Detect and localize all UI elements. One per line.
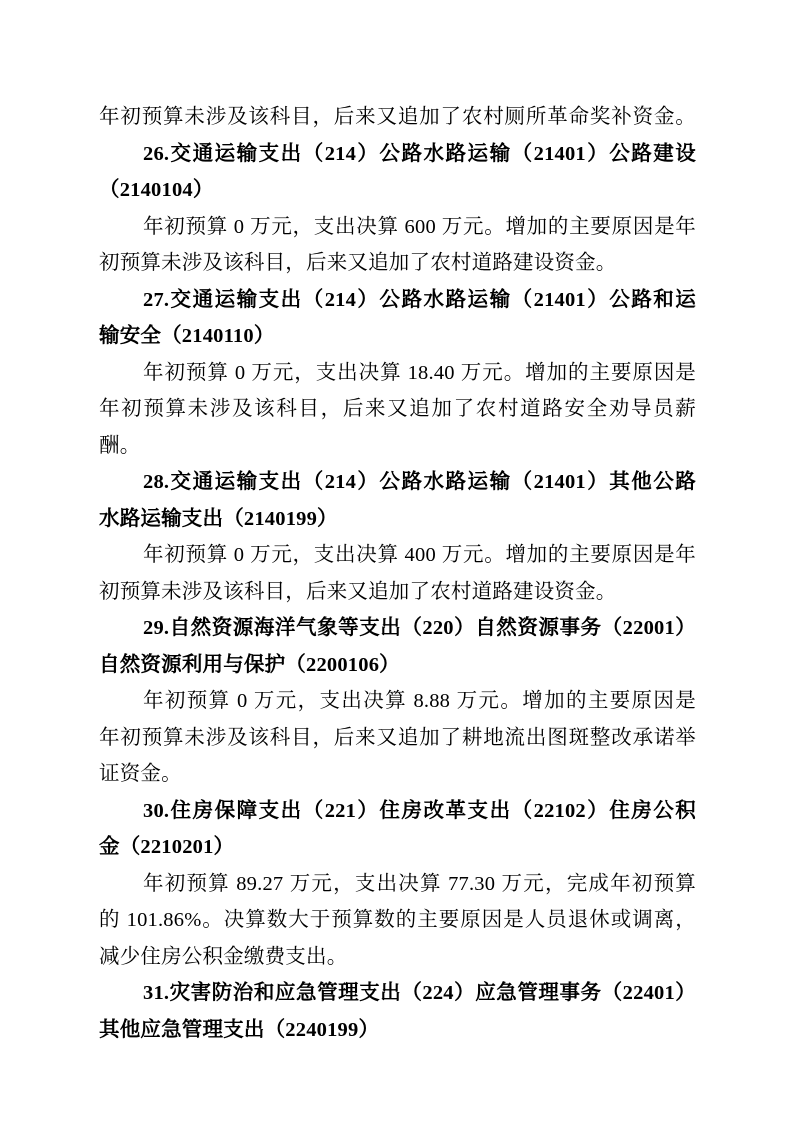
entry-27-body-line: 酬。	[99, 428, 696, 465]
entry-27-heading-line: 输安全（2140110）	[99, 318, 696, 355]
continuation-paragraph-line: 年初预算未涉及该科目，后来又追加了农村厕所革命奖补资金。	[99, 99, 696, 136]
entry-26-body-line: 年初预算 0 万元，支出决算 600 万元。增加的主要原因是年	[99, 209, 696, 246]
entry-31-heading-line: 其他应急管理支出（2240199）	[99, 1012, 696, 1049]
entry-29-body-line: 年初预算 0 万元，支出决算 8.88 万元。增加的主要原因是	[99, 683, 696, 720]
entry-28-heading-line: 水路运输支出（2140199）	[99, 501, 696, 538]
entry-29-body-line: 证资金。	[99, 756, 696, 793]
entry-28-body-line: 年初预算 0 万元，支出决算 400 万元。增加的主要原因是年	[99, 537, 696, 574]
entry-30-body-line: 的 101.86%。决算数大于预算数的主要原因是人员退休或调离，	[99, 902, 696, 939]
entry-28-body-line: 初预算未涉及该科目，后来又追加了农村道路建设资金。	[99, 574, 696, 611]
entry-26-heading-line: 26.交通运输支出（214）公路水路运输（21401）公路建设	[99, 136, 696, 173]
entry-31-heading-line: 31.灾害防治和应急管理支出（224）应急管理事务（22401）	[99, 975, 696, 1012]
entry-27-heading-line: 27.交通运输支出（214）公路水路运输（21401）公路和运	[99, 282, 696, 319]
entry-30-body-line: 减少住房公积金缴费支出。	[99, 939, 696, 976]
entry-30-body-line: 年初预算 89.27 万元，支出决算 77.30 万元，完成年初预算	[99, 866, 696, 903]
entry-27-body-line: 年初预算未涉及该科目，后来又追加了农村道路安全劝导员薪	[99, 391, 696, 428]
entry-29-heading-line: 自然资源利用与保护（2200106）	[99, 647, 696, 684]
entry-28-heading-line: 28.交通运输支出（214）公路水路运输（21401）其他公路	[99, 464, 696, 501]
document-page: 年初预算未涉及该科目，后来又追加了农村厕所革命奖补资金。26.交通运输支出（21…	[0, 0, 793, 1122]
entry-26-body-line: 初预算未涉及该科目，后来又追加了农村道路建设资金。	[99, 245, 696, 282]
entry-29-heading-line: 29.自然资源海洋气象等支出（220）自然资源事务（22001）	[99, 610, 696, 647]
entry-30-heading-line: 30.住房保障支出（221）住房改革支出（22102）住房公积	[99, 793, 696, 830]
entry-30-heading-line: 金（2210201）	[99, 829, 696, 866]
entry-29-body-line: 年初预算未涉及该科目，后来又追加了耕地流出图斑整改承诺举	[99, 720, 696, 757]
document-body: 年初预算未涉及该科目，后来又追加了农村厕所革命奖补资金。26.交通运输支出（21…	[99, 99, 696, 1048]
entry-27-body-line: 年初预算 0 万元，支出决算 18.40 万元。增加的主要原因是	[99, 355, 696, 392]
entry-26-heading-line: （2140104）	[99, 172, 696, 209]
